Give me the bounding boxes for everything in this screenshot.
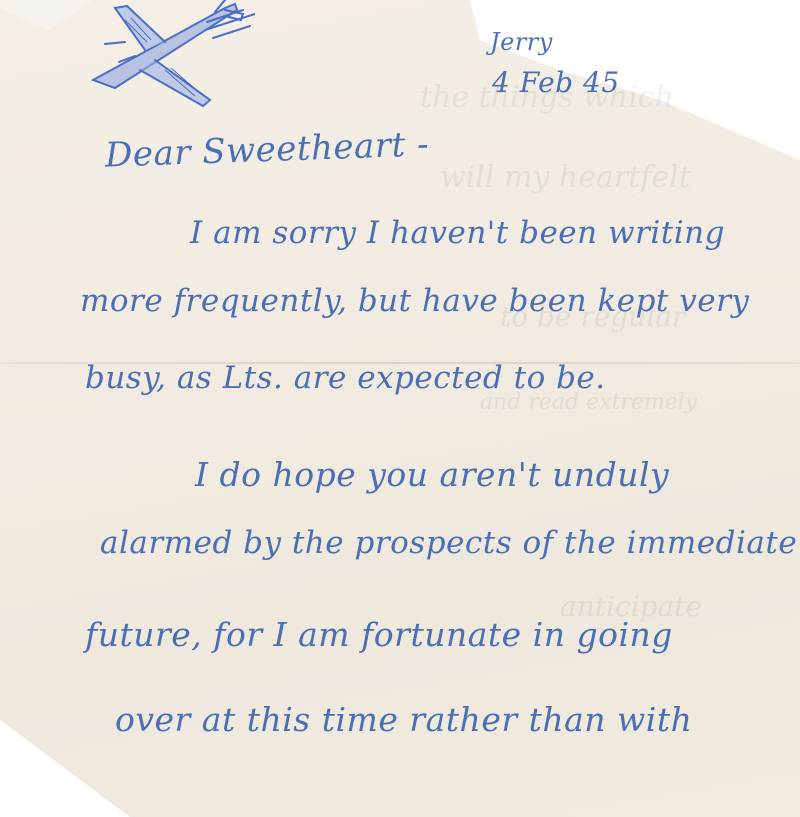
letter-line: future, for I am fortunate in going — [85, 615, 673, 654]
letter-line: over at this time rather than with — [115, 700, 692, 739]
airplane-icon — [85, 0, 255, 112]
letter-line: busy, as Lts. are expected to be. — [85, 360, 606, 396]
bleed-through-text: will my heartfelt — [440, 160, 691, 195]
letter-line: more frequently, but have been kept very — [80, 283, 749, 319]
letter-line: I am sorry I haven't been writing — [190, 215, 725, 251]
date-line-1: Jerry — [490, 28, 553, 56]
letter-line: alarmed by the prospects of the immediat… — [100, 525, 797, 561]
letter-line: I do hope you aren't unduly — [195, 455, 669, 494]
date-line-2: 4 Feb 45 — [492, 66, 620, 99]
